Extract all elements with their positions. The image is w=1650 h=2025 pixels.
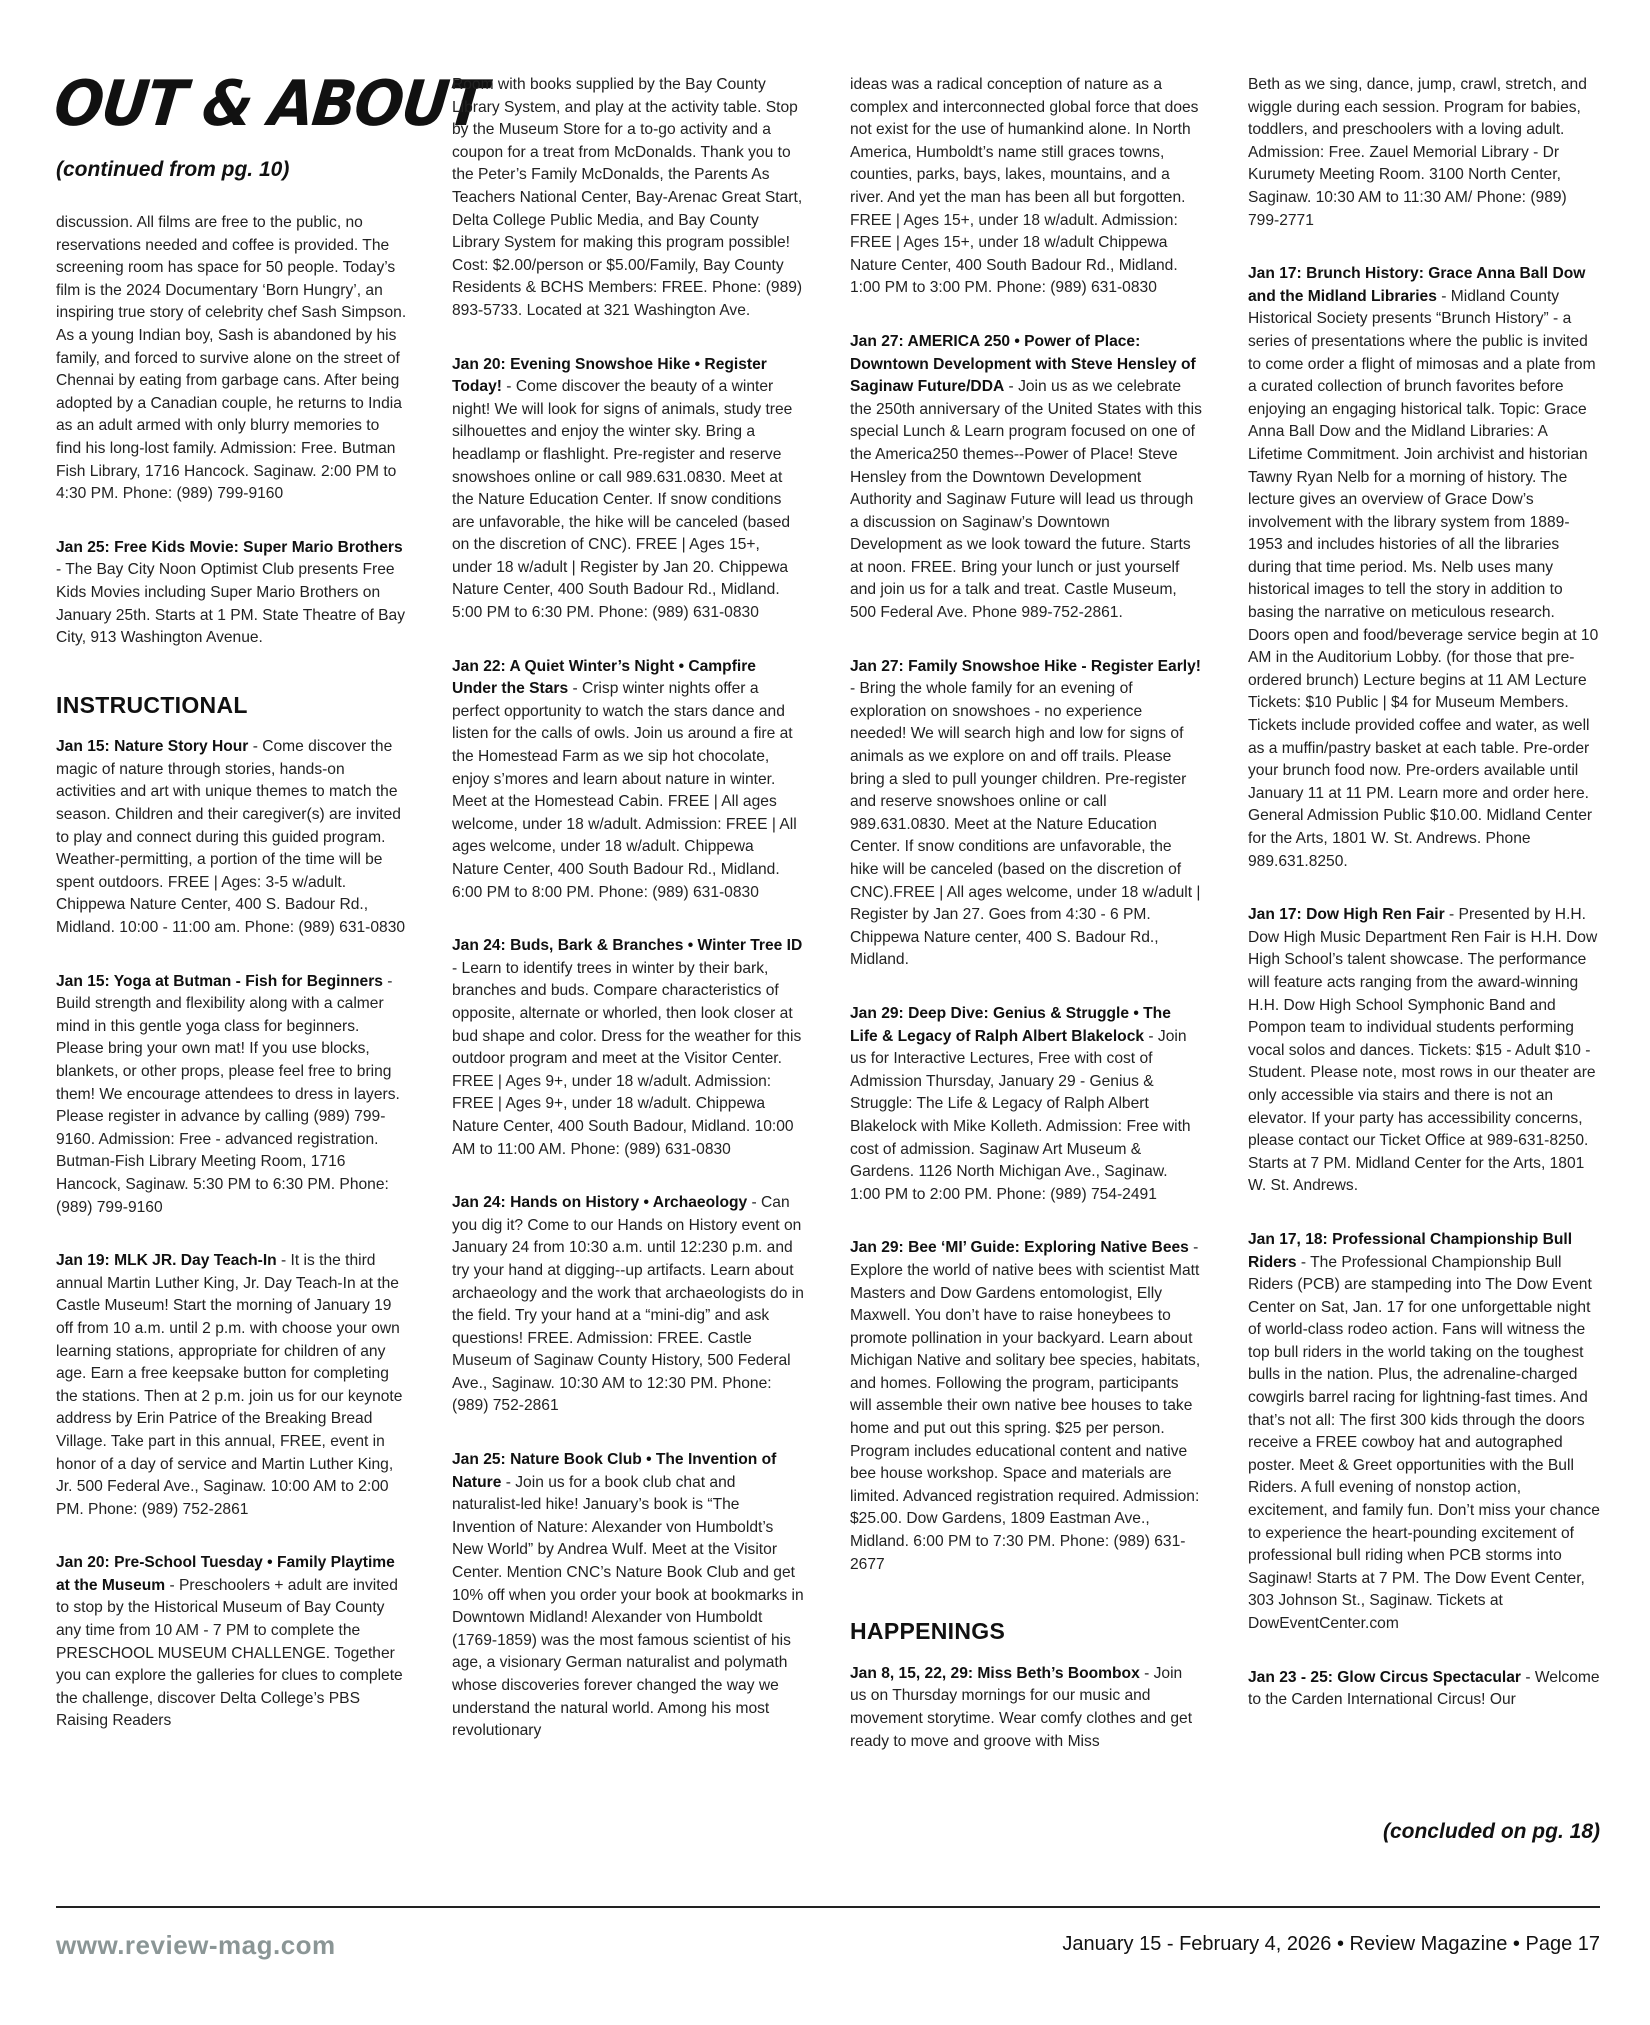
- event-listing: Jan 19: MLK JR. Day Teach-In - It is the…: [56, 1250, 408, 1521]
- event-body: - The Bay City Noon Optimist Club presen…: [56, 561, 405, 646]
- event-listing: Jan 25: Free Kids Movie: Super Mario Bro…: [56, 537, 408, 650]
- event-title: Jan 23 - 25: Glow Circus Spectacular: [1248, 1669, 1521, 1686]
- event-body: - Come discover the magic of nature thro…: [56, 738, 405, 936]
- event-listing: Jan 23 - 25: Glow Circus Spectacular - W…: [1248, 1667, 1600, 1712]
- event-title: Jan 24: Buds, Bark & Branches • Winter T…: [452, 937, 802, 954]
- event-title: Jan 25: Free Kids Movie: Super Mario Bro…: [56, 539, 403, 556]
- section-heading-instructional: INSTRUCTIONAL: [56, 694, 408, 717]
- event-listing: Jan 17: Brunch History: Grace Anna Ball …: [1248, 263, 1600, 873]
- event-body: - Midland County Historical Society pres…: [1248, 288, 1598, 870]
- event-body: - It is the third annual Martin Luther K…: [56, 1252, 402, 1518]
- event-listing: Jan 15: Nature Story Hour - Come discove…: [56, 736, 408, 939]
- intro-text: Room with books supplied by the Bay Coun…: [452, 74, 804, 323]
- intro-text: ideas was a radical conception of nature…: [850, 74, 1202, 300]
- event-title: Jan 19: MLK JR. Day Teach-In: [56, 1252, 277, 1269]
- event-body: - Crisp winter nights offer a perfect op…: [452, 680, 797, 900]
- event-listing: Jan 25: Nature Book Club • The Invention…: [452, 1449, 804, 1743]
- event-body: - Presented by H.H. Dow High Music Depar…: [1248, 906, 1597, 1194]
- event-title: Jan 17: Dow High Ren Fair: [1248, 906, 1445, 923]
- footer-divider: [56, 1906, 1600, 1908]
- event-body: - Bring the whole family for an evening …: [850, 680, 1200, 968]
- event-listing: Jan 8, 15, 22, 29: Miss Beth’s Boombox -…: [850, 1663, 1202, 1753]
- event-listing: Jan 20: Pre-School Tuesday • Family Play…: [56, 1552, 408, 1733]
- event-body: - Preschoolers + adult are invited to st…: [56, 1577, 403, 1730]
- event-listing: Jan 29: Deep Dive: Genius & Struggle • T…: [850, 1003, 1202, 1206]
- event-listing: Jan 15: Yoga at Butman - Fish for Beginn…: [56, 971, 408, 1220]
- event-body: - Can you dig it? Come to our Hands on H…: [452, 1194, 804, 1414]
- event-listing: Jan 17, 18: Professional Championship Bu…: [1248, 1229, 1600, 1636]
- event-listing: Jan 29: Bee ‘MI’ Guide: Exploring Native…: [850, 1237, 1202, 1576]
- event-body: - Build strength and flexibility along w…: [56, 973, 400, 1216]
- column-2: Room with books supplied by the Bay Coun…: [452, 74, 804, 1774]
- event-body: - Join us for Interactive Lectures, Free…: [850, 1028, 1191, 1203]
- column-3: ideas was a radical conception of nature…: [850, 74, 1202, 1784]
- intro-text: Beth as we sing, dance, jump, crawl, str…: [1248, 74, 1600, 232]
- event-title: Jan 27: Family Snowshoe Hike - Register …: [850, 658, 1201, 675]
- event-title: Jan 29: Deep Dive: Genius & Struggle • T…: [850, 1005, 1171, 1045]
- event-title: Jan 15: Yoga at Butman - Fish for Beginn…: [56, 973, 383, 990]
- event-body: - Learn to identify trees in winter by t…: [452, 960, 801, 1158]
- page-title: Out & About: [51, 72, 488, 135]
- column-4: Beth as we sing, dance, jump, crawl, str…: [1248, 74, 1600, 1743]
- event-body: - Come discover the beauty of a winter n…: [452, 378, 792, 621]
- section-heading-happenings: HAPPENINGS: [850, 1620, 1202, 1643]
- event-listing: Jan 24: Buds, Bark & Branches • Winter T…: [452, 935, 804, 1161]
- event-title: Jan 24: Hands on History • Archaeology: [452, 1194, 747, 1211]
- footer-website-link[interactable]: www.review-mag.com: [56, 1930, 336, 1961]
- event-body: - Explore the world of native bees with …: [850, 1239, 1200, 1572]
- event-title: Jan 15: Nature Story Hour: [56, 738, 248, 755]
- footer-issue-info: January 15 - February 4, 2026 • Review M…: [1062, 1933, 1600, 1956]
- column-1: discussion. All films are free to the pu…: [56, 212, 408, 1764]
- event-title: Jan 8, 15, 22, 29: Miss Beth’s Boombox: [850, 1665, 1140, 1682]
- event-listing: Jan 27: Family Snowshoe Hike - Register …: [850, 656, 1202, 972]
- event-listing: Jan 17: Dow High Ren Fair - Presented by…: [1248, 904, 1600, 1198]
- event-title: Jan 29: Bee ‘MI’ Guide: Exploring Native…: [850, 1239, 1189, 1256]
- event-body: - Join us as we celebrate the 250th anni…: [850, 378, 1202, 621]
- concluded-note: (concluded on pg. 18): [1248, 1820, 1600, 1844]
- continued-note: (continued from pg. 10): [56, 158, 289, 182]
- event-listing: Jan 20: Evening Snowshoe Hike • Register…: [452, 354, 804, 625]
- intro-text: discussion. All films are free to the pu…: [56, 212, 408, 506]
- event-listing: Jan 27: AMERICA 250 • Power of Place: Do…: [850, 331, 1202, 625]
- event-listing: Jan 22: A Quiet Winter’s Night • Campfir…: [452, 656, 804, 905]
- event-body: - Join us for a book club chat and natur…: [452, 1474, 804, 1740]
- event-listing: Jan 24: Hands on History • Archaeology -…: [452, 1192, 804, 1418]
- event-body: - The Professional Championship Bull Rid…: [1248, 1254, 1600, 1633]
